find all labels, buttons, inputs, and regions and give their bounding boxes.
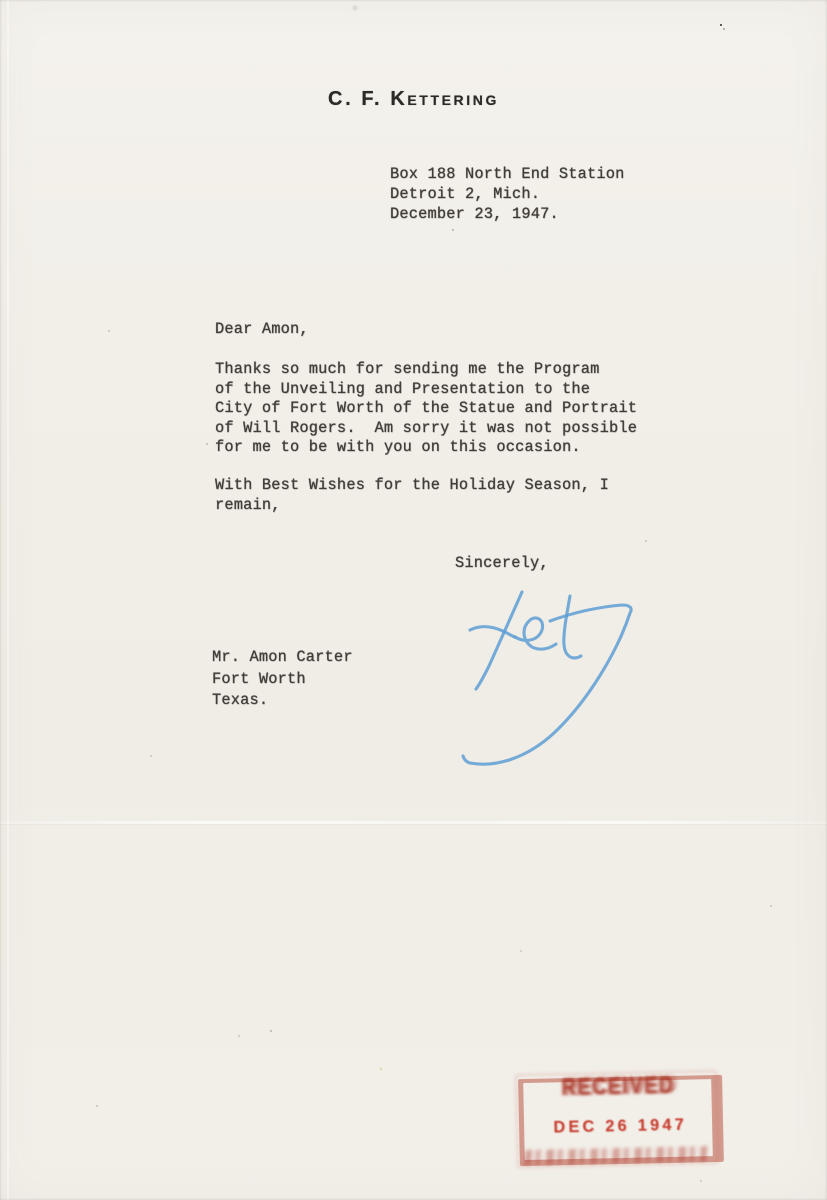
body-paragraph-2: With Best Wishes for the Holiday Season,…	[215, 476, 609, 515]
recipient-address-block: Mr. Amon Carter Fort Worth Texas.	[212, 647, 353, 712]
body-paragraph-1: Thanks so much for sending me the Progra…	[215, 360, 637, 458]
received-stamp-word: RECEIVED	[527, 1071, 709, 1101]
paper-specks	[0, 0, 2, 2]
received-stamp-smudge	[524, 1146, 707, 1165]
salutation: Dear Amon,	[215, 320, 309, 340]
closing-sincerely: Sincerely,	[455, 554, 549, 574]
letterhead-name: C. F. Kettering	[0, 88, 827, 111]
scan-edge-line	[7, 0, 9, 1200]
signature-ink-strokes	[463, 592, 631, 764]
received-stamp: RECEIVED DEC 26 1947	[518, 1075, 724, 1166]
received-stamp-date: DEC 26 1947	[529, 1115, 712, 1137]
paper-fold-line	[0, 821, 827, 824]
sender-address-date-block: Box 188 North End Station Detroit 2, Mic…	[390, 164, 625, 224]
scanned-letter-page: C. F. Kettering Box 188 North End Statio…	[0, 0, 827, 1200]
